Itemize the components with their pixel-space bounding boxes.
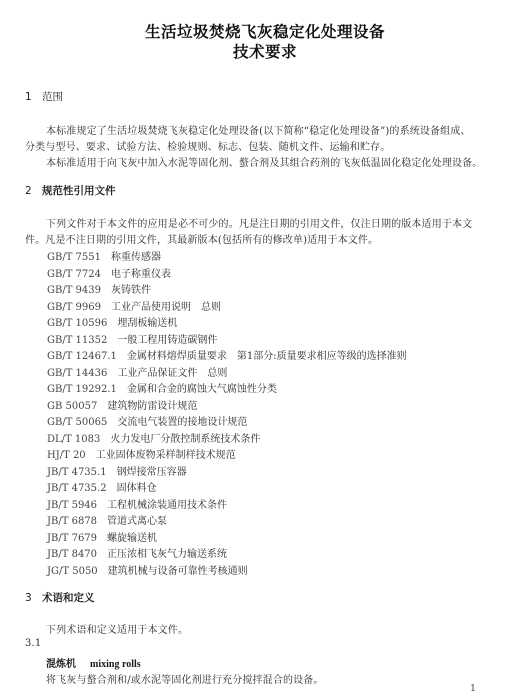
reference-title: 称重传感器 xyxy=(111,252,161,263)
section-number: 3 xyxy=(25,592,42,604)
reference-item: GB/T 9439灰铸铁件 xyxy=(47,281,151,296)
reference-code: JB/T 4735.2 xyxy=(47,483,107,494)
paragraph: 下列文件对于本文件的应用是必不可少的。凡是注日期的引用文件，仅注日期的版本适用于… xyxy=(46,215,472,230)
reference-code: JB/T 4735.1 xyxy=(47,467,107,478)
reference-code: GB/T 7551 xyxy=(47,252,101,263)
reference-item: GB/T 7551称重传感器 xyxy=(47,248,161,263)
section-3-heading: 3术语和定义 xyxy=(25,590,95,605)
reference-title: 螺旋输送机 xyxy=(107,533,157,544)
reference-title: 建筑机械与设备可靠性考核通则 xyxy=(108,566,248,577)
paragraph: 件。凡是不注日期的引用文件，其最新版本(包括所有的修改单)适用于本文件。 xyxy=(25,231,378,246)
reference-code: GB/T 7724 xyxy=(47,269,101,280)
reference-code: HJ/T 20 xyxy=(47,450,86,461)
reference-code: DL/T 1083 xyxy=(47,434,100,445)
paragraph: 本标准适用于向飞灰中加入水泥等固化剂、螯合剂及其组合药剂的飞灰低温固化稳定化处理… xyxy=(46,154,482,169)
reference-code: GB/T 9439 xyxy=(47,285,101,296)
reference-item: GB/T 12467.1金属材料熔焊质量要求 第1部分:质量要求相应等级的选择准… xyxy=(47,347,407,362)
reference-title: 灰铸铁件 xyxy=(111,285,151,296)
section-2-heading: 2规范性引用文件 xyxy=(25,183,116,198)
reference-code: GB/T 9969 xyxy=(47,302,101,313)
reference-item: GB/T 50065交流电气装置的接地设计规范 xyxy=(47,413,247,428)
reference-code: GB/T 50065 xyxy=(47,417,107,428)
reference-item: DL/T 1083火力发电厂分散控制系统技术条件 xyxy=(47,430,260,445)
page-number: 1 xyxy=(470,683,476,694)
reference-title: 管道式离心泵 xyxy=(107,516,167,527)
term-number: 3.1 xyxy=(25,638,41,649)
reference-title: 钢焊接常压容器 xyxy=(117,467,187,478)
reference-title: 建筑物防雷设计规范 xyxy=(107,401,197,412)
section-1-heading: 1范围 xyxy=(25,89,63,104)
reference-code: GB/T 19292.1 xyxy=(47,384,117,395)
reference-title: 金属材料熔焊质量要求 第1部分:质量要求相应等级的选择准则 xyxy=(127,351,407,362)
reference-code: JB/T 7679 xyxy=(47,533,97,544)
reference-code: JB/T 5946 xyxy=(47,500,97,511)
reference-item: JB/T 4735.2固体料仓 xyxy=(47,479,157,494)
paragraph: 本标准规定了生活垃圾焚烧飞灰稳定化处理设备(以下简称“稳定化处理设备”)的系统设… xyxy=(46,122,471,137)
reference-item: JB/T 8470正压浓相飞灰气力输送系统 xyxy=(47,545,227,560)
document-title-line1: 生活垃圾焚烧飞灰稳定化处理设备 xyxy=(0,20,530,42)
term-definition: 将飞灰与螯合剂和/或水泥等固化剂进行充分搅拌混合的设备。 xyxy=(46,671,324,686)
reference-item: GB/T 10596埋刮板输送机 xyxy=(47,314,177,329)
reference-code: GB/T 10596 xyxy=(47,318,107,329)
document-title-line2: 技术要求 xyxy=(0,40,530,62)
reference-title: 电子称重仪表 xyxy=(111,269,171,280)
reference-item: JB/T 5946工程机械涂装通用技术条件 xyxy=(47,496,227,511)
reference-item: GB 50057建筑物防雷设计规范 xyxy=(47,397,197,412)
reference-title: 工业产品使用说明 总则 xyxy=(111,302,221,313)
reference-item: JB/T 7679螺旋输送机 xyxy=(47,529,157,544)
reference-item: JB/T 4735.1钢焊接常压容器 xyxy=(47,463,187,478)
reference-item: GB/T 7724电子称重仪表 xyxy=(47,265,171,280)
reference-code: JB/T 6878 xyxy=(47,516,97,527)
section-title: 规范性引用文件 xyxy=(42,185,116,197)
reference-item: GB/T 9969工业产品使用说明 总则 xyxy=(47,298,221,313)
section-title: 范围 xyxy=(42,91,63,103)
reference-title: 交流电气装置的接地设计规范 xyxy=(117,417,247,428)
reference-title: 工程机械涂装通用技术条件 xyxy=(107,500,227,511)
reference-code: GB/T 11352 xyxy=(47,335,107,346)
paragraph: 分类与型号、要求、试验方法、检验规则、标志、包装、随机文件、运输和贮存。 xyxy=(25,138,390,153)
reference-item: JG/T 5050建筑机械与设备可靠性考核通则 xyxy=(47,562,248,577)
reference-title: 固体料仓 xyxy=(117,483,157,494)
reference-code: GB 50057 xyxy=(47,401,97,412)
reference-title: 工业固体废物采样制样技术规范 xyxy=(96,450,236,461)
reference-title: 工业产品保证文件 总则 xyxy=(117,368,227,379)
reference-title: 火力发电厂分散控制系统技术条件 xyxy=(110,434,260,445)
reference-item: GB/T 11352一般工程用铸造碳钢件 xyxy=(47,331,217,346)
section-title: 术语和定义 xyxy=(42,592,95,604)
reference-title: 金属和合金的腐蚀大气腐蚀性分类 xyxy=(127,384,277,395)
reference-item: HJ/T 20工业固体废物采样制样技术规范 xyxy=(47,446,236,461)
reference-title: 正压浓相飞灰气力输送系统 xyxy=(107,549,227,560)
term-en: mixing rolls xyxy=(90,659,141,670)
reference-code: JB/T 8470 xyxy=(47,549,97,560)
reference-item: GB/T 14436工业产品保证文件 总则 xyxy=(47,364,227,379)
reference-item: JB/T 6878管道式离心泵 xyxy=(47,512,167,527)
reference-code: GB/T 12467.1 xyxy=(47,351,117,362)
term-heading: 混炼机mixing rolls xyxy=(46,655,141,670)
section-number: 1 xyxy=(25,91,42,103)
reference-title: 一般工程用铸造碳钢件 xyxy=(117,335,217,346)
paragraph: 下列术语和定义适用于本文件。 xyxy=(46,621,188,636)
term-cn: 混炼机 xyxy=(46,659,76,670)
reference-code: JG/T 5050 xyxy=(47,566,98,577)
reference-title: 埋刮板输送机 xyxy=(117,318,177,329)
section-number: 2 xyxy=(25,185,42,197)
reference-item: GB/T 19292.1金属和合金的腐蚀大气腐蚀性分类 xyxy=(47,380,277,395)
reference-code: GB/T 14436 xyxy=(47,368,107,379)
